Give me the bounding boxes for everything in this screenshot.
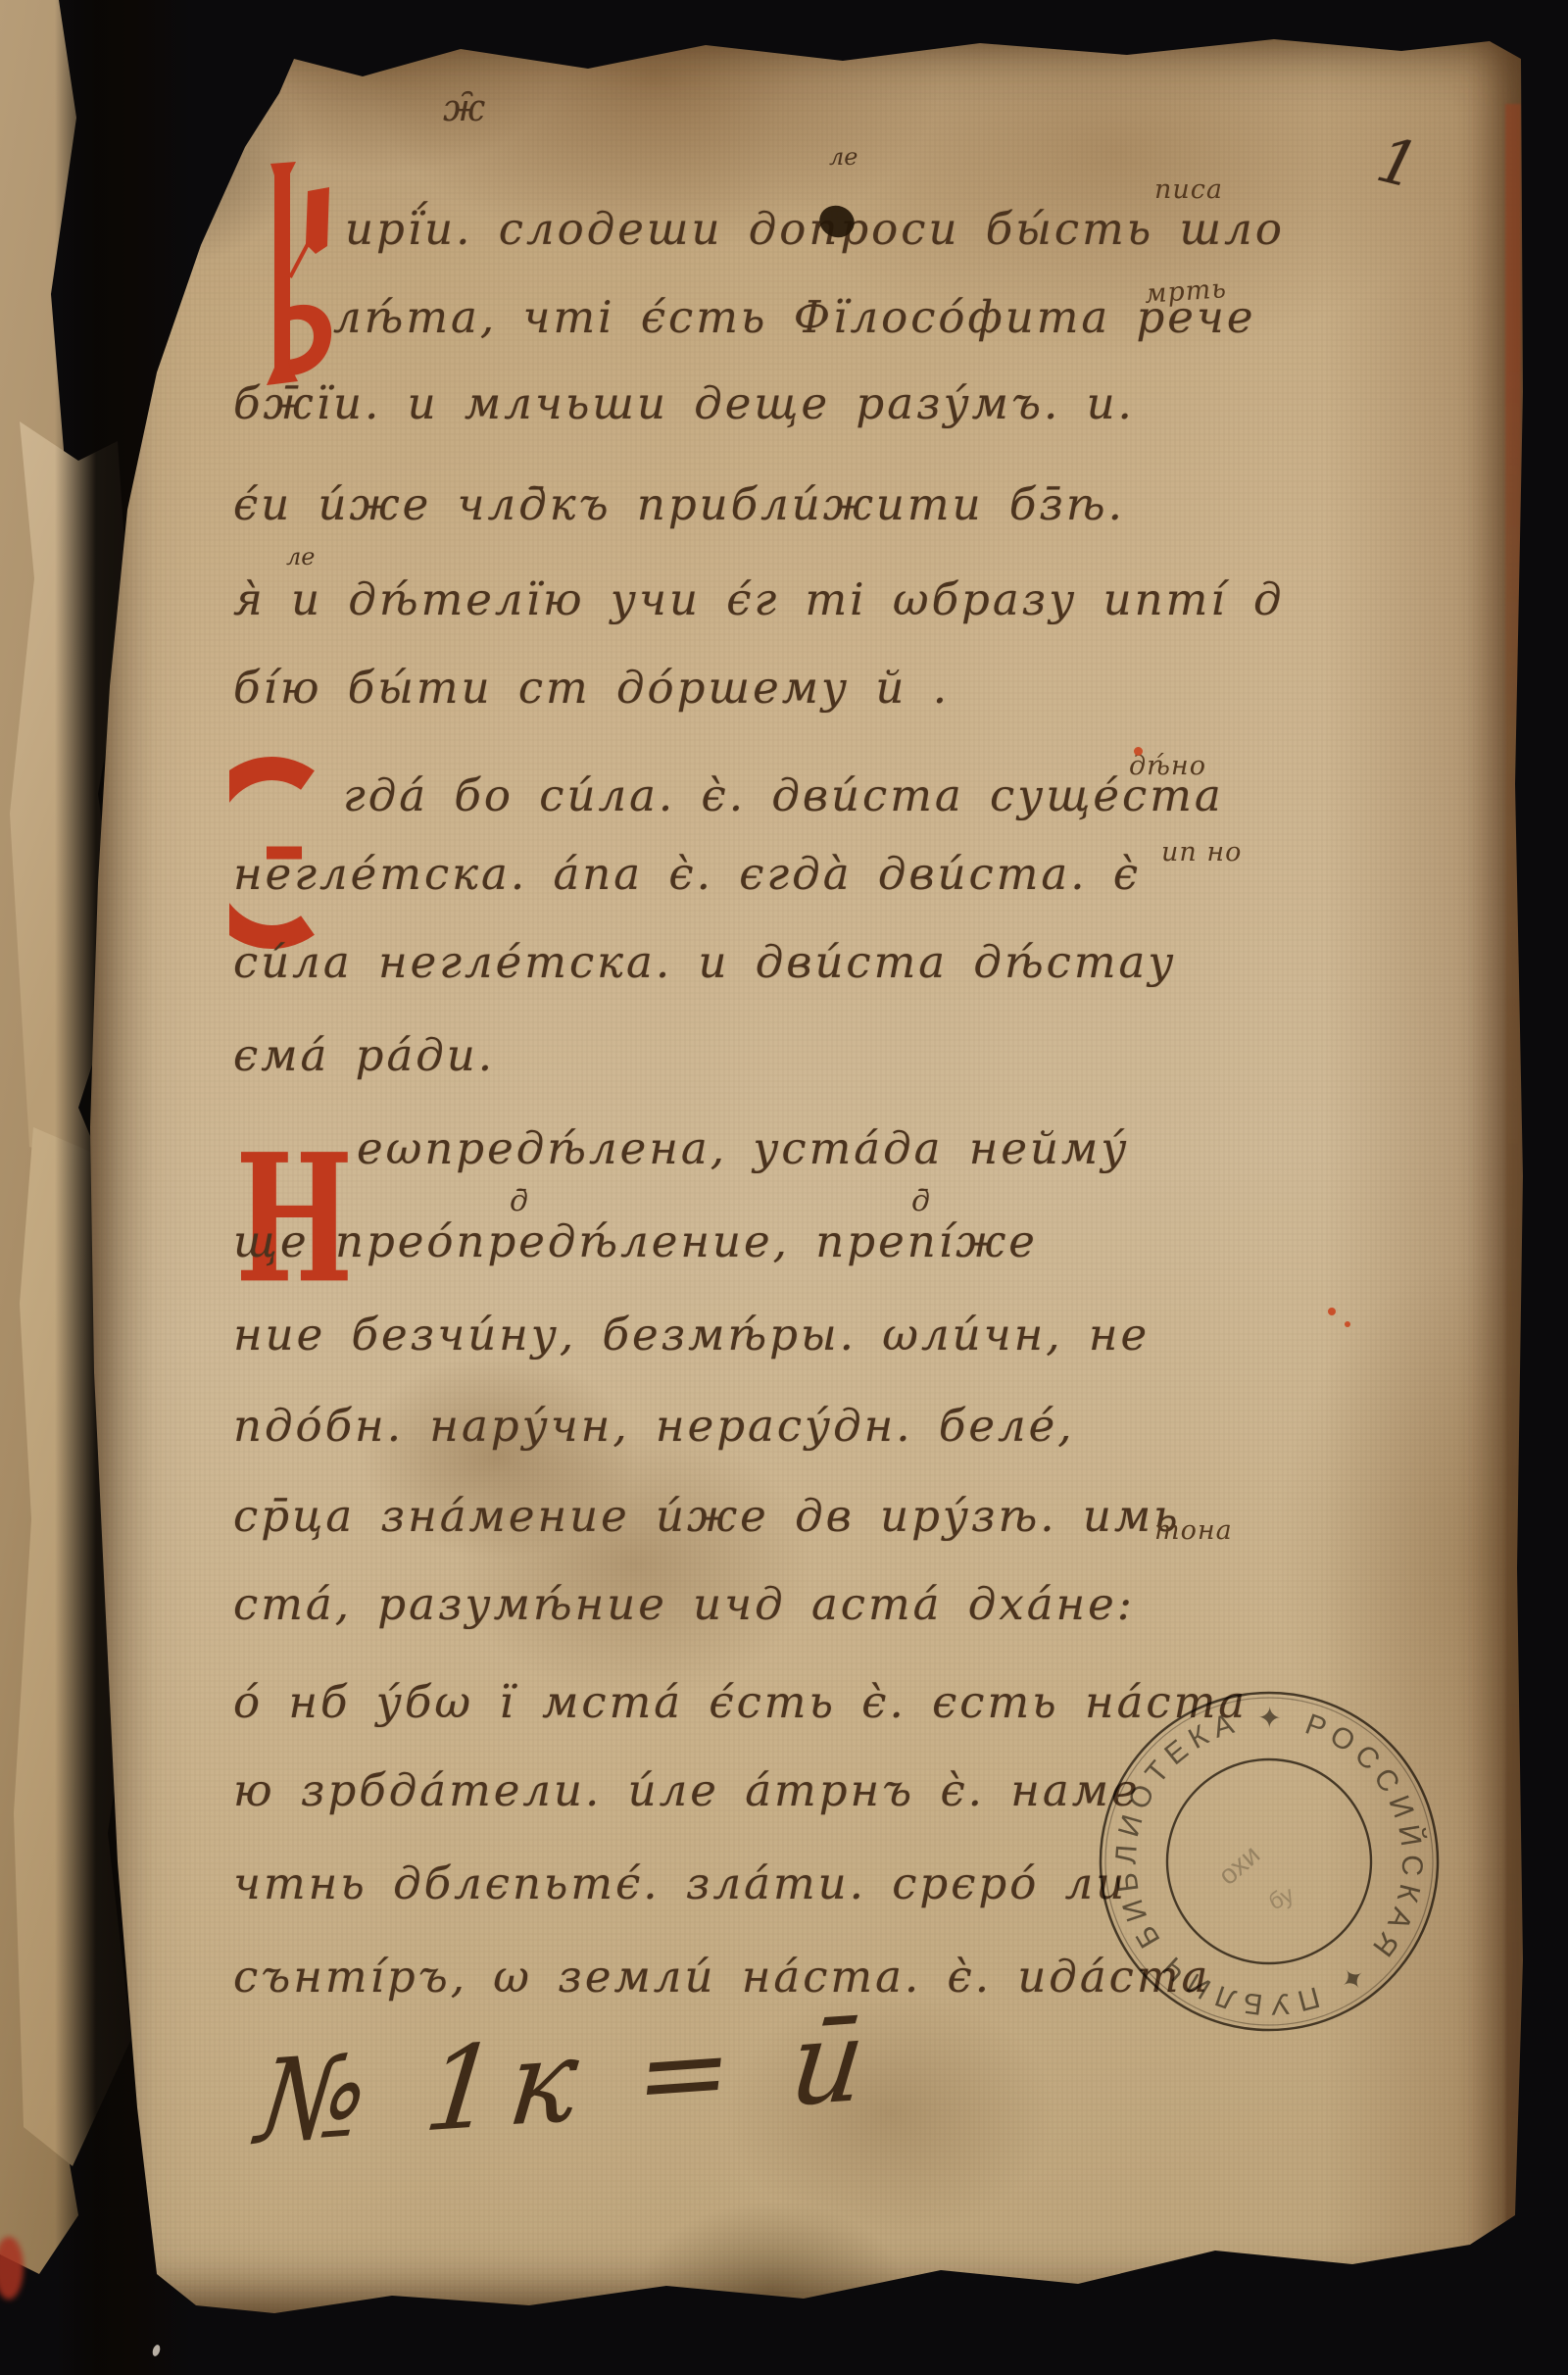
stamp-center-mark: охи: [1212, 1839, 1265, 1891]
superscript-mark: ле: [829, 143, 857, 171]
superscript-mark: д̄: [911, 1184, 930, 1218]
text-line: си́ла негле́тска. и дви́ста дѣ́стау: [233, 936, 1176, 988]
margin-note: мрть: [1144, 273, 1228, 310]
rubric-initial-K: [257, 160, 340, 390]
text-line: пдо́бн. нару́чн, нерасу́дн. беле́,: [233, 1400, 1075, 1452]
margin-note: ип но: [1161, 837, 1242, 867]
text-line: ирї́и. слодеши допроси бы́сть шло: [345, 203, 1285, 255]
superscript-mark: ж̑: [443, 86, 485, 129]
superscript-mark: ле: [286, 543, 315, 570]
svg-text:БИБЛИОТЕКА ✦ РОССИЙСКАЯ ✦ ПУБЛ: БИБЛИОТЕКА ✦ РОССИЙСКАЯ ✦ ПУБЛИЧНАЯ: [1077, 1669, 1445, 2039]
stamp-ring-text: БИБЛИОТЕКА ✦ РОССИЙСКАЯ ✦ ПУБЛИЧНАЯ: [1077, 1669, 1445, 2039]
text-line: лѣ́та, чті є́сть Фїлосо́фита рече: [333, 291, 1256, 343]
red-speck: [1328, 1308, 1336, 1315]
text-line: є́и и́же члд̄къ прибли́жити бз̄ѣ.: [233, 478, 1125, 530]
red-speck: [1134, 747, 1143, 756]
text-line: бж̄їи. и млчьши деще разу́мъ. и.: [233, 377, 1135, 429]
superscript-mark: д̄: [510, 1184, 528, 1218]
text-line: чтнь дблєпьтє́. зла́ти. срєро́ ли: [233, 1857, 1127, 1909]
fore-edge-discoloration: [1505, 104, 1521, 2231]
text-line: я̀ и дѣ́телїю учи є́г ті ωбразу ипті́ д: [233, 573, 1284, 625]
text-line: ние безчи́ну, безмѣ́ры. ωли́чн, не: [233, 1309, 1150, 1361]
page-number: 1: [1370, 124, 1426, 204]
margin-note: писа: [1154, 174, 1223, 205]
margin-note: дѣ́но: [1129, 751, 1206, 781]
text-line: ще прео́предѣ́ление, препі́же: [233, 1215, 1038, 1267]
text-line: еωпредѣ́лена, уста́да нейму́: [357, 1122, 1129, 1174]
manuscript-page: Н ирї́и. слодеши допроси бы́сть шло лѣ́т…: [86, 35, 1525, 2323]
text-line: сънті́ръ, ω земли́ на́ста. є̀. ида́ста: [233, 1951, 1210, 2003]
red-speck: [1345, 1321, 1350, 1327]
text-line: ср̄ца зна́мение и́же дв иру́зѣ. имь: [233, 1490, 1181, 1542]
margin-note: тона: [1154, 1515, 1233, 1546]
shelfmark-inscription: № 1к = ū: [252, 1993, 883, 2169]
text-line: єма́ ра́ди.: [233, 1029, 495, 1081]
text-line: ю зрбда́тели. и́ле а́трнъ є̀. наме: [233, 1764, 1141, 1816]
text-line: негле́тска. а́па є̀. єгда̀ дви́ста. є̀: [233, 848, 1141, 900]
library-stamp: БИБЛИОТЕКА ✦ РОССИЙСКАЯ ✦ ПУБЛИЧНАЯ охи …: [1077, 1669, 1460, 2053]
stamp-center-mark: бу: [1264, 1881, 1298, 1915]
text-line: ста́, разумѣ́ние ичд аста́ дха́не:: [233, 1578, 1135, 1630]
text-line: бі́ю бы́ти ст до́ршему й .: [233, 662, 950, 714]
text-line: гда́ бо си́ла. є̀. дви́ста суще́ста: [343, 769, 1224, 821]
photograph-of-manuscript: { "scene": { "background_color": "#0b0a0…: [0, 0, 1568, 2375]
